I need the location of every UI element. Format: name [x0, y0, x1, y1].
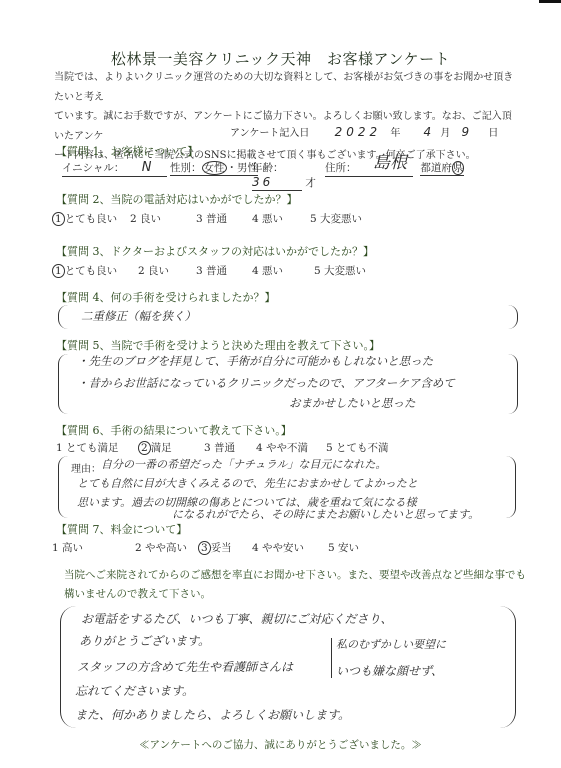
page-title: 松林景一美容クリニック天神 お客様アンケート [0, 48, 561, 69]
q3-option-3[interactable]: 3 普通 [196, 263, 227, 278]
q8-prompt-line: 当院へご来院されてからのご感想を率直にお聞かせ下さい。また、要望や改善点など些細… [64, 566, 534, 585]
q7-option-5[interactable]: 5 安い [328, 540, 359, 555]
date-month[interactable]: 4 [424, 125, 432, 139]
q6-selected-circle: 2 [138, 441, 151, 455]
prefecture-prefix: 都道府 [420, 162, 452, 174]
q1-heading: 【質問 1、お客様について】 [56, 143, 198, 159]
age-label: 年齢： [252, 162, 284, 174]
age-field[interactable]: 年齢：36 才 [252, 160, 316, 191]
month-unit: 月 [440, 128, 450, 139]
q4-answer: 二重修正（幅を狭く） [81, 305, 196, 327]
q7-option-3[interactable]: 3妥当 [198, 540, 232, 555]
q7-option-1[interactable]: 1 高い [52, 542, 83, 554]
gender-sep: ・ [227, 162, 238, 174]
year-unit: 年 [390, 128, 400, 139]
prefecture-selected-circled[interactable]: 県 [452, 161, 465, 175]
q6-option-3[interactable]: 3 普通 [204, 440, 235, 455]
q7-heading: 【質問 7、料金について】 [56, 521, 187, 537]
q7-options: 1 高い 2 やや高い 3妥当 4 やや安い 5 安い [52, 540, 472, 555]
q2-option-3[interactable]: 3 普通 [196, 211, 227, 226]
q3-heading: 【質問 3、ドクターおよびスタッフの対応はいかがでしたか？】 [56, 243, 374, 259]
q8-insert-bottom: いつも嫌な顔せず、 [336, 664, 446, 678]
q3-options: 1とても良い 2 良い 3 普通 4 悪い 5 大変悪い [52, 263, 472, 278]
q7-option-4[interactable]: 4 やや安い [252, 540, 304, 555]
address-value: 島根 [373, 148, 407, 173]
q3-option-1[interactable]: 1とても良い [52, 265, 117, 277]
initial-underline: イニシャル： N [62, 160, 167, 177]
age-unit: 才 [305, 177, 316, 189]
q2-option-2[interactable]: 2 良い [130, 211, 161, 226]
survey-date: アンケート記入日 2022 年 4 月 9 日 [230, 124, 498, 139]
q5-answer-line: おまかせしたいと思った [289, 392, 416, 414]
date-label: アンケート記入日 [230, 128, 309, 139]
q6-options: 1 とても満足 2満足 3 普通 4 やや不満 5 とても不満 [56, 440, 476, 455]
scan-edge-mark [539, 0, 561, 3]
q5-answer-line: ・先生のブログを拝見して、手術が自分に可能かもしれないと思った [77, 350, 433, 372]
q3-option-5[interactable]: 5 大変悪い [314, 263, 366, 278]
q6-heading: 【質問 6、手術の結果について教えて下さい。】 [56, 422, 292, 438]
q8-answer-line: スタッフの方含めて先生や看護師さんは [77, 656, 293, 678]
q5-answer-box[interactable]: ・先生のブログを拝見して、手術が自分に可能かもしれないと思った ・昔からお世話に… [58, 354, 518, 414]
q2-heading: 【質問 2、当院の電話対応はいかがでしたか？】 [56, 191, 298, 207]
date-day[interactable]: 9 [462, 125, 470, 139]
initial-value: N [142, 160, 152, 175]
gender-label: 性別： [170, 162, 202, 174]
q8-prompt: 当院へご来院されてからのご感想を率直にお聞かせ下さい。また、要望や改善点など些細… [64, 566, 534, 604]
q3-option-2[interactable]: 2 良い [138, 263, 169, 278]
q6-option-4[interactable]: 4 やや不満 [256, 440, 308, 455]
q8-answer-line: ありがとうございます。 [79, 630, 210, 652]
gender-field[interactable]: 性別：女性・男性 [170, 160, 258, 175]
q3-option-4[interactable]: 4 悪い [252, 263, 283, 278]
date-year[interactable]: 2022 [335, 125, 382, 139]
q6-option-2[interactable]: 2満足 [138, 440, 172, 455]
q4-answer-box[interactable]: 二重修正（幅を狭く） [58, 305, 518, 329]
age-value: 36 [252, 175, 273, 189]
q7-option-2[interactable]: 2 やや高い [135, 540, 187, 555]
q2-options: 1とても良い 2 良い 3 普通 4 悪い 5 大変悪い [52, 211, 472, 226]
q6-option-5[interactable]: 5 とても不満 [326, 440, 389, 455]
gender-female-circled[interactable]: 女性 [202, 161, 227, 175]
q2-option-5[interactable]: 5 大変悪い [310, 211, 362, 226]
thank-you-footer: ≪アンケートへのご協力、誠にありがとうございました。≫ [0, 737, 561, 752]
q6-reason-line-overflow: になるれがでたら、その時にまたお願いしたいと思ってます。 [172, 504, 479, 526]
initial-field[interactable]: イニシャル： N [62, 160, 172, 177]
q5-answer-line: ・昔からお世話になっているクリニックだったので、アフターケア含めて [77, 372, 455, 394]
q2-selected-circle: 1 [52, 212, 65, 226]
address-label: 住所： [325, 162, 357, 174]
initial-label: イニシャル： [62, 162, 124, 174]
q8-answer-box[interactable]: お電話をするたび、いつも丁寧、親切にご対応くださり、 ありがとうございます。 ス… [60, 606, 516, 728]
q7-selected-circle: 3 [198, 541, 211, 555]
q4-heading: 【質問 4、何の手術を受けられましたか？】 [56, 289, 276, 305]
q6-option-1[interactable]: 1 とても満足 [56, 442, 119, 454]
day-unit: 日 [488, 128, 498, 139]
intro-line: 当院では、よりよいクリニック運営のための大切な資料として、お客様がお気づきの事を… [54, 68, 514, 107]
q8-prompt-line: 構いませんので教えて下さい。 [64, 585, 534, 604]
q2-option-1[interactable]: 1とても良い [52, 213, 117, 225]
q8-insert-top: 私のむずかしい要望に [336, 638, 446, 652]
q8-answer-line: お電話をするたび、いつも丁寧、親切にご対応くださり、 [81, 608, 393, 630]
q8-answer-line: 忘れてくださいます。 [75, 680, 194, 702]
q3-selected-circle: 1 [52, 264, 65, 278]
address-field[interactable]: 住所： 島根 都道府県 [325, 160, 464, 177]
q8-answer-line: また、何かありましたら、よろしくお願いします。 [75, 704, 350, 726]
q8-answer-insert: 私のむずかしい要望に いつも嫌な顔せず、 [331, 638, 446, 678]
q2-option-4[interactable]: 4 悪い [252, 211, 283, 226]
